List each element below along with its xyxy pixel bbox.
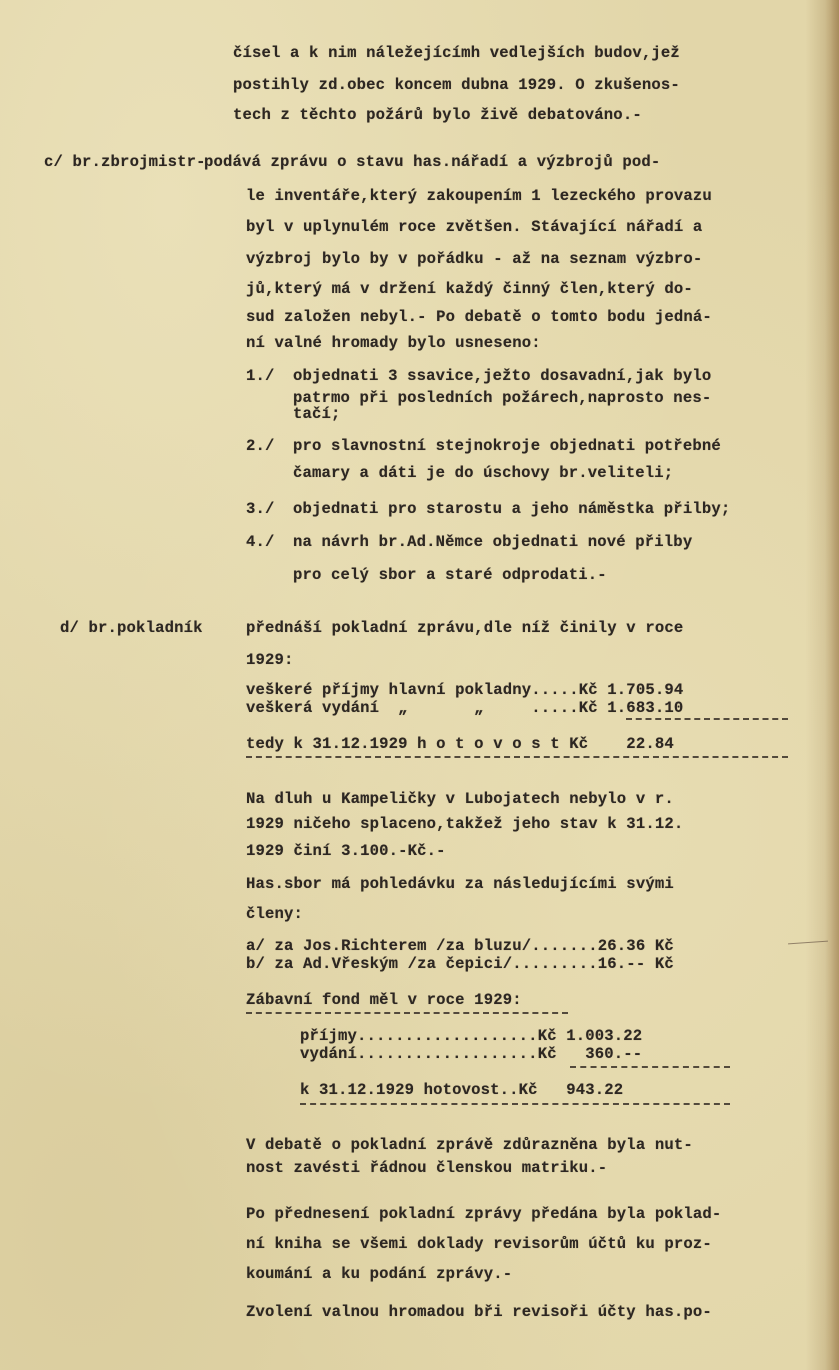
receivable-row: a/ za Jos.Richterem /za bluzu/.......26.…: [246, 937, 674, 955]
text-line: 1929 ničeho splaceno,takžež jeho stav k …: [246, 815, 683, 833]
text-line: Has.sbor má pohledávku za následujícími …: [246, 875, 674, 893]
text-line: 1929:: [246, 651, 294, 669]
resolution-text: pro slavnostní stejnokroje objednati pot…: [293, 437, 721, 455]
resolution-text: objednati 3 ssavice,ježto dosavadní,jak …: [293, 367, 711, 385]
separator: [246, 1012, 568, 1014]
resolution-text: na návrh br.Ad.Němce objednati nové přil…: [293, 533, 692, 551]
resolution-number: 4./: [246, 533, 275, 551]
text-line: ní kniha se všemi doklady revisorům účtů…: [246, 1235, 712, 1253]
section-d-label: d/ br.pokladník: [60, 619, 203, 637]
resolution-number: 2./: [246, 437, 275, 455]
fund-row: příjmy...................Kč 1.003.22: [300, 1027, 642, 1045]
text-line: ní valné hromady bylo usneseno:: [246, 334, 541, 352]
text-line: přednáší pokladní zprávu,dle níž činily …: [246, 619, 683, 637]
receivable-row: b/ za Ad.Vřeským /za čepici/.........16.…: [246, 955, 674, 973]
resolution-number: 3./: [246, 500, 275, 518]
account-row: veškerá vydání „ „ .....Kč 1.683.10: [246, 699, 683, 717]
text-line: nost zavésti řádnou členskou matriku.-: [246, 1159, 607, 1177]
separator: [246, 756, 788, 758]
text-line: byl v uplynulém roce zvětšen. Stávající …: [246, 218, 702, 236]
separator: [570, 1066, 730, 1068]
resolution-text: objednati pro starostu a jeho náměstka p…: [293, 500, 730, 518]
section-c-label: c/ br.zbrojmistr-: [44, 153, 206, 171]
text-line: výzbroj bylo by v pořádku - až na seznam…: [246, 250, 702, 268]
pen-mark: [788, 941, 828, 945]
text-line: členy:: [246, 905, 303, 923]
text-line: le inventáře,který zakoupením 1 lezeckéh…: [246, 187, 712, 205]
text-line: podává zprávu o stavu has.nářadí a výzbr…: [204, 153, 660, 171]
text-line: koumání a ku podání zprávy.-: [246, 1265, 512, 1283]
resolution-text: tačí;: [293, 405, 341, 423]
fund-row: vydání...................Kč 360.--: [300, 1045, 642, 1063]
text-line: sud založen nebyl.- Po debatě o tomto bo…: [246, 308, 712, 326]
separator: [626, 718, 788, 720]
separator: [300, 1103, 730, 1105]
text-line: 1929 činí 3.100.-Kč.-: [246, 842, 446, 860]
resolution-text: čamary a dáti je do úschovy br.veliteli;: [293, 464, 673, 482]
text-line: tech z těchto požárů bylo živě debatován…: [233, 106, 642, 124]
text-line: V debatě o pokladní zprávě zdůrazněna by…: [246, 1136, 693, 1154]
account-row: veškeré příjmy hlavní pokladny.....Kč 1.…: [246, 681, 683, 699]
page-edge: [825, 0, 839, 1370]
fund-heading: Zábavní fond měl v roce 1929:: [246, 991, 522, 1009]
resolution-text: pro celý sbor a staré odprodati.-: [293, 566, 607, 584]
resolution-number: 1./: [246, 367, 275, 385]
text-line: Zvolení valnou hromadou bři revisoři účt…: [246, 1303, 712, 1321]
fund-total: k 31.12.1929 hotovost..Kč 943.22: [300, 1081, 623, 1099]
resolution-text: patrmo při posledních požárech,naprosto …: [293, 389, 711, 407]
text-line: Na dluh u Kampeličky v Lubojatech nebylo…: [246, 790, 674, 808]
text-line: čísel a k nim náležejícímh vedlejších bu…: [233, 44, 680, 62]
text-line: jů,který má v držení každý činný člen,kt…: [246, 280, 693, 298]
text-line: postihly zd.obec koncem dubna 1929. O zk…: [233, 76, 680, 94]
account-total: tedy k 31.12.1929 h o t o v o s t Kč 22.…: [246, 735, 674, 753]
text-line: Po přednesení pokladní zprávy předána by…: [246, 1205, 721, 1223]
